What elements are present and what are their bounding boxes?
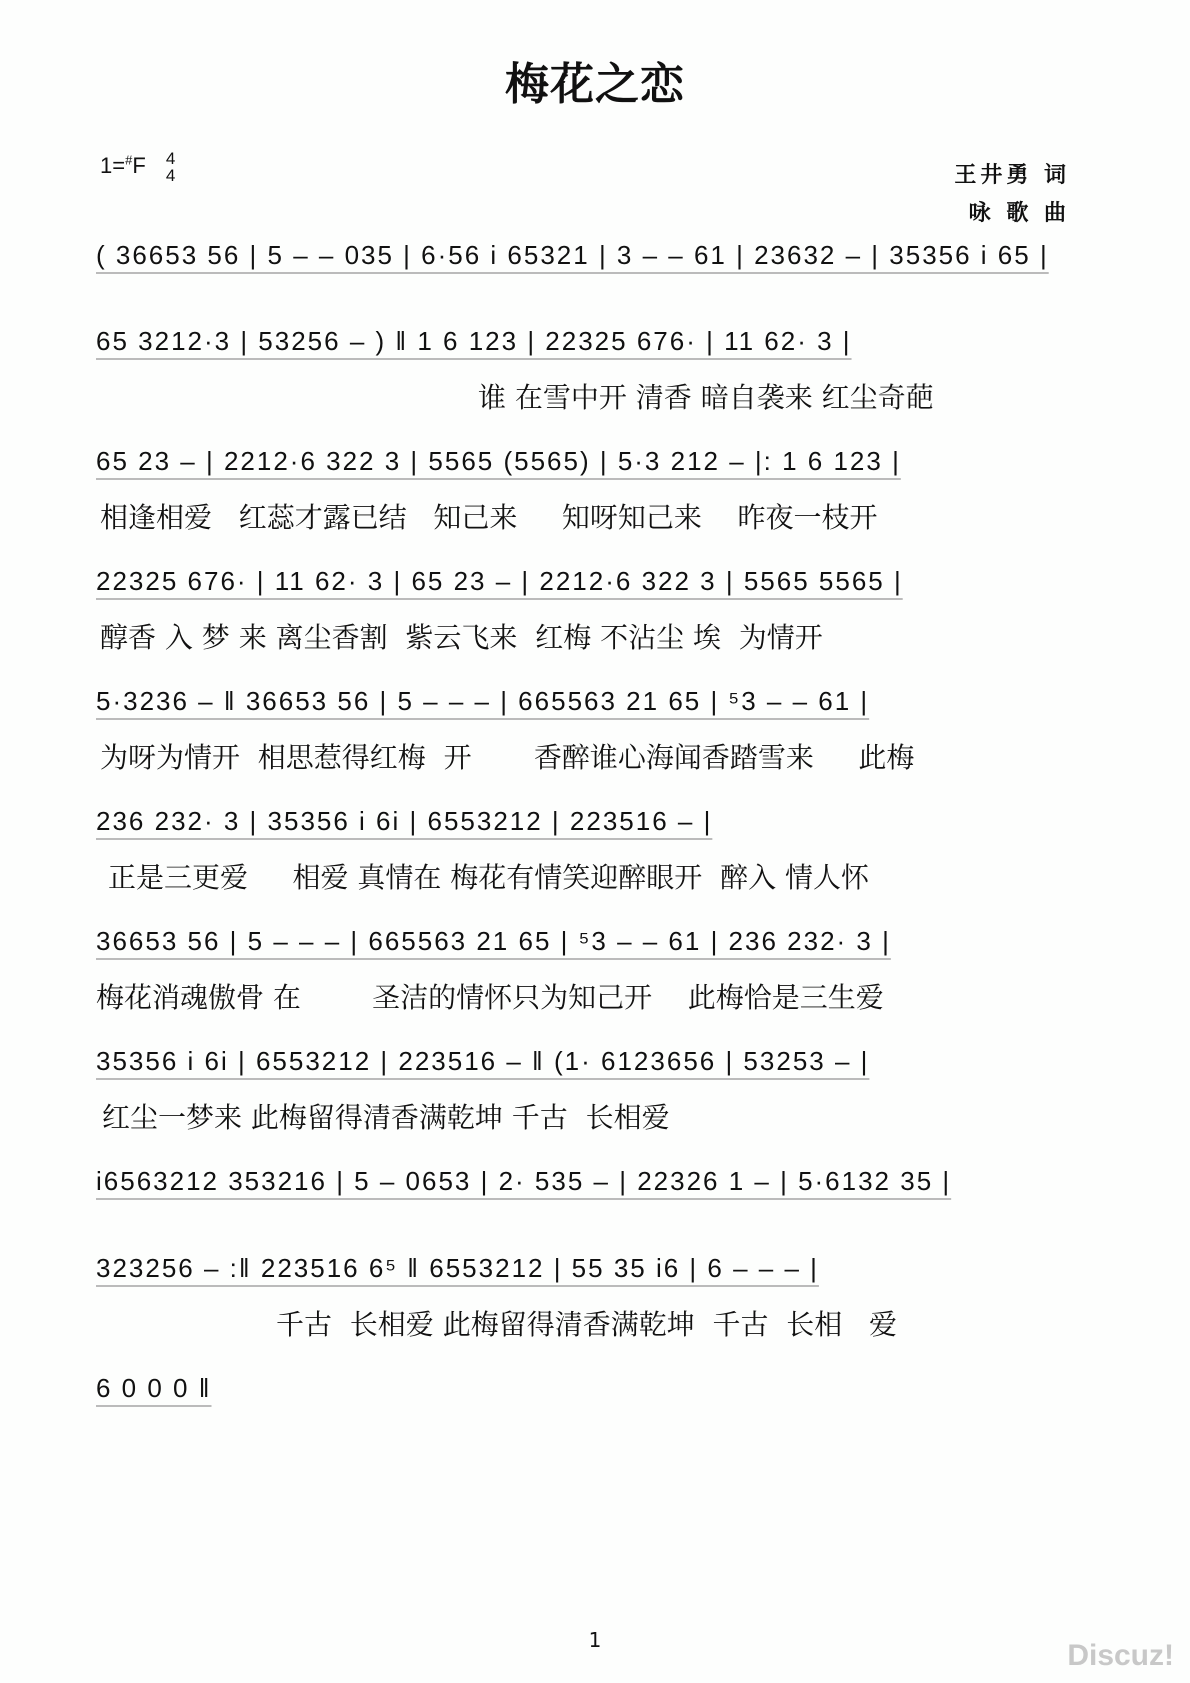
meter-top: 4 <box>166 150 175 167</box>
notation-line: 36653 56 | 5 – – – | 665563 21 65 | ⁵3 –… <box>96 926 891 957</box>
notation-line: i6563212 353216 | 5 – 0653 | 2· 535 – | … <box>96 1166 951 1197</box>
notation-line: 22325 676· | 11 62· 3 | 65 23 – | 2212·6… <box>96 566 903 597</box>
key-note: F <box>132 153 145 178</box>
lyricist-credit: 王井勇 词 <box>954 158 1070 189</box>
composer-credit: 咏 歌 曲 <box>969 196 1070 227</box>
lyrics-line: 梅花消魂傲骨 在 圣洁的情怀只为知己开 此梅恰是三生爱 <box>96 976 884 1016</box>
lyrics-line: 正是三更爱 相爱 真情在 梅花有情笑迎醉眼开 醉入 情人怀 <box>108 856 869 896</box>
lyrics-line: 谁 在雪中开 清香 暗自袭来 红尘奇葩 <box>478 376 934 416</box>
notation-line: 65 23 – | 2212·6 322 3 | 5565 (5565) | 5… <box>96 446 901 477</box>
lyrics-line: 为呀为情开 相思惹得红梅 开 香醉谁心海闻香踏雪来 此梅 <box>100 736 914 776</box>
lyrics-line: 相逢相爱 红蕊才露已结 知己来 知呀知己来 昨夜一枝开 <box>100 496 878 536</box>
notation-line: ( 36653 56 | 5 – – 035 | 6·56 i 65321 | … <box>96 240 1049 271</box>
key-signature: 1=#F 4 4 <box>100 150 175 184</box>
watermark: Discuz! <box>1067 1639 1174 1673</box>
notation-line: 5·3236 – ‖ 36653 56 | 5 – – – | 665563 2… <box>96 686 869 717</box>
lyrics-line: 红尘一梦来 此梅留得清香满乾坤 千古 长相爱 <box>102 1096 670 1136</box>
notation-line: 35356 i 6i | 6553212 | 223516 – ‖ (1· 61… <box>96 1046 869 1077</box>
notation-line: 65 3212·3 | 53256 – ) ‖ 1 6 123 | 22325 … <box>96 326 852 357</box>
notation-line: 323256 – :‖ 223516 6⁵ ‖ 6553212 | 55 35 … <box>96 1253 819 1284</box>
lyrics-line: 千古 长相爱 此梅留得清香满乾坤 千古 长相 爱 <box>276 1303 897 1343</box>
time-signature: 4 4 <box>166 150 175 184</box>
notation-line: 6 0 0 0 ‖ <box>96 1373 211 1404</box>
notation-line: 236 232· 3 | 35356 i 6i | 6553212 | 2235… <box>96 806 712 837</box>
page-number: 1 <box>0 1628 1190 1652</box>
meter-bottom: 4 <box>166 167 175 184</box>
key-prefix: 1= <box>100 153 125 178</box>
lyrics-line: 醇香 入 梦 来 离尘香割 紫云飞来 红梅 不沾尘 埃 为情开 <box>100 616 823 656</box>
song-title: 梅花之恋 <box>0 48 1190 112</box>
